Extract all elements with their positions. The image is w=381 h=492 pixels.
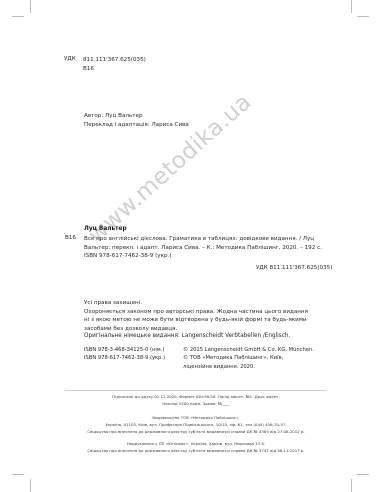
catalog-card-line: ISBN 978-617-7462-38-9 (укр.) — [84, 252, 322, 261]
copyright-langenscheidt: © 2015 Langenscheidt GmbH & Co. KG, Münc… — [183, 346, 314, 354]
catalog-card-author: Луц Вальтер — [84, 226, 127, 232]
printer-line: Надруковано у ПП «Юнісофт», Україна, Хар… — [60, 440, 332, 447]
catalog-card-description: Все про англійські дієслова. Граматика в… — [84, 235, 322, 261]
rights-line: Усі права захищені. — [84, 299, 308, 308]
isbn-german: ISBN 978-3-468-34125-0 (нім.) — [84, 346, 165, 354]
divider — [65, 390, 326, 391]
rights-line: ні з якою метою не може бути відтворена … — [84, 316, 308, 325]
license-note: ліцензійне видання. 2020. — [183, 363, 314, 371]
catalog-card-index: В16 — [65, 235, 76, 241]
translation-credit: Переклад і адаптація: Лариса Сива — [84, 121, 189, 130]
udk-classification: 811.111'367.625(035) В16 — [83, 56, 146, 73]
catalog-card-line: Все про англійські дієслова. Граматика в… — [84, 235, 322, 244]
isbn-ukrainian: ISBN 978-617-7462-38-9 (укр.) — [84, 354, 165, 362]
credits-block: Автор: Луц Вальтер Переклад і адаптація:… — [84, 112, 189, 129]
udk-code: 811.111'367.625(035) — [83, 56, 146, 65]
author-credit: Автор: Луц Вальтер — [84, 112, 189, 121]
udk-index: В16 — [83, 65, 146, 74]
catalog-card-udk: УДК 811.111'367.625(035) — [256, 265, 332, 271]
rights-line: Охороняється законом про авторські права… — [84, 308, 308, 317]
print-info: Підписано до друку 01.12.2020. Формат 60… — [60, 393, 332, 407]
crop-mark-bottom-right-v — [351, 479, 352, 492]
crop-mark-bottom-left-v — [30, 479, 31, 492]
crop-mark-top-left-h — [12, 16, 24, 17]
printer-info: Надруковано у ПП «Юнісофт», Україна, Хар… — [60, 440, 332, 454]
isbn-list: ISBN 978-3-468-34125-0 (нім.) ISBN 978-6… — [84, 346, 165, 363]
publisher-line: Свідоцтво про внесення до державного реє… — [60, 428, 332, 435]
print-info-line: Наклад 1500 прим. Замов. №____ — [60, 400, 332, 407]
crop-mark-bottom-right-h — [357, 474, 369, 475]
copyright-list: © 2015 Langenscheidt GmbH & Co. KG, Münc… — [183, 346, 314, 371]
crop-mark-top-right-v — [351, 0, 352, 13]
original-edition: Оригінальне німецьке видання: Langensche… — [84, 333, 290, 339]
publisher-line: Україна, 01103, Київ, вул. Професора Під… — [60, 421, 332, 428]
rights-notice: Усі права захищені. Охороняється законом… — [84, 299, 308, 333]
copyright-metodika: © ТОВ «Методика Паблішинг», Київ, — [183, 354, 314, 362]
print-info-line: Підписано до друку 01.12.2020. Формат 60… — [60, 393, 332, 400]
udk-label: УДК — [64, 56, 76, 62]
crop-mark-top-left-v — [30, 0, 31, 13]
crop-mark-bottom-left-h — [12, 474, 24, 475]
crop-mark-top-right-h — [357, 16, 369, 17]
publisher-info: Видавництво ТОВ «Методика Паблішинг», Ук… — [60, 414, 332, 435]
printer-line: Свідоцтво про внесення до державного реє… — [60, 447, 332, 454]
publisher-line: Видавництво ТОВ «Методика Паблішинг», — [60, 414, 332, 421]
catalog-card-line: Вальтер; перекл. і адапт. Лариса Сива. –… — [84, 244, 322, 253]
